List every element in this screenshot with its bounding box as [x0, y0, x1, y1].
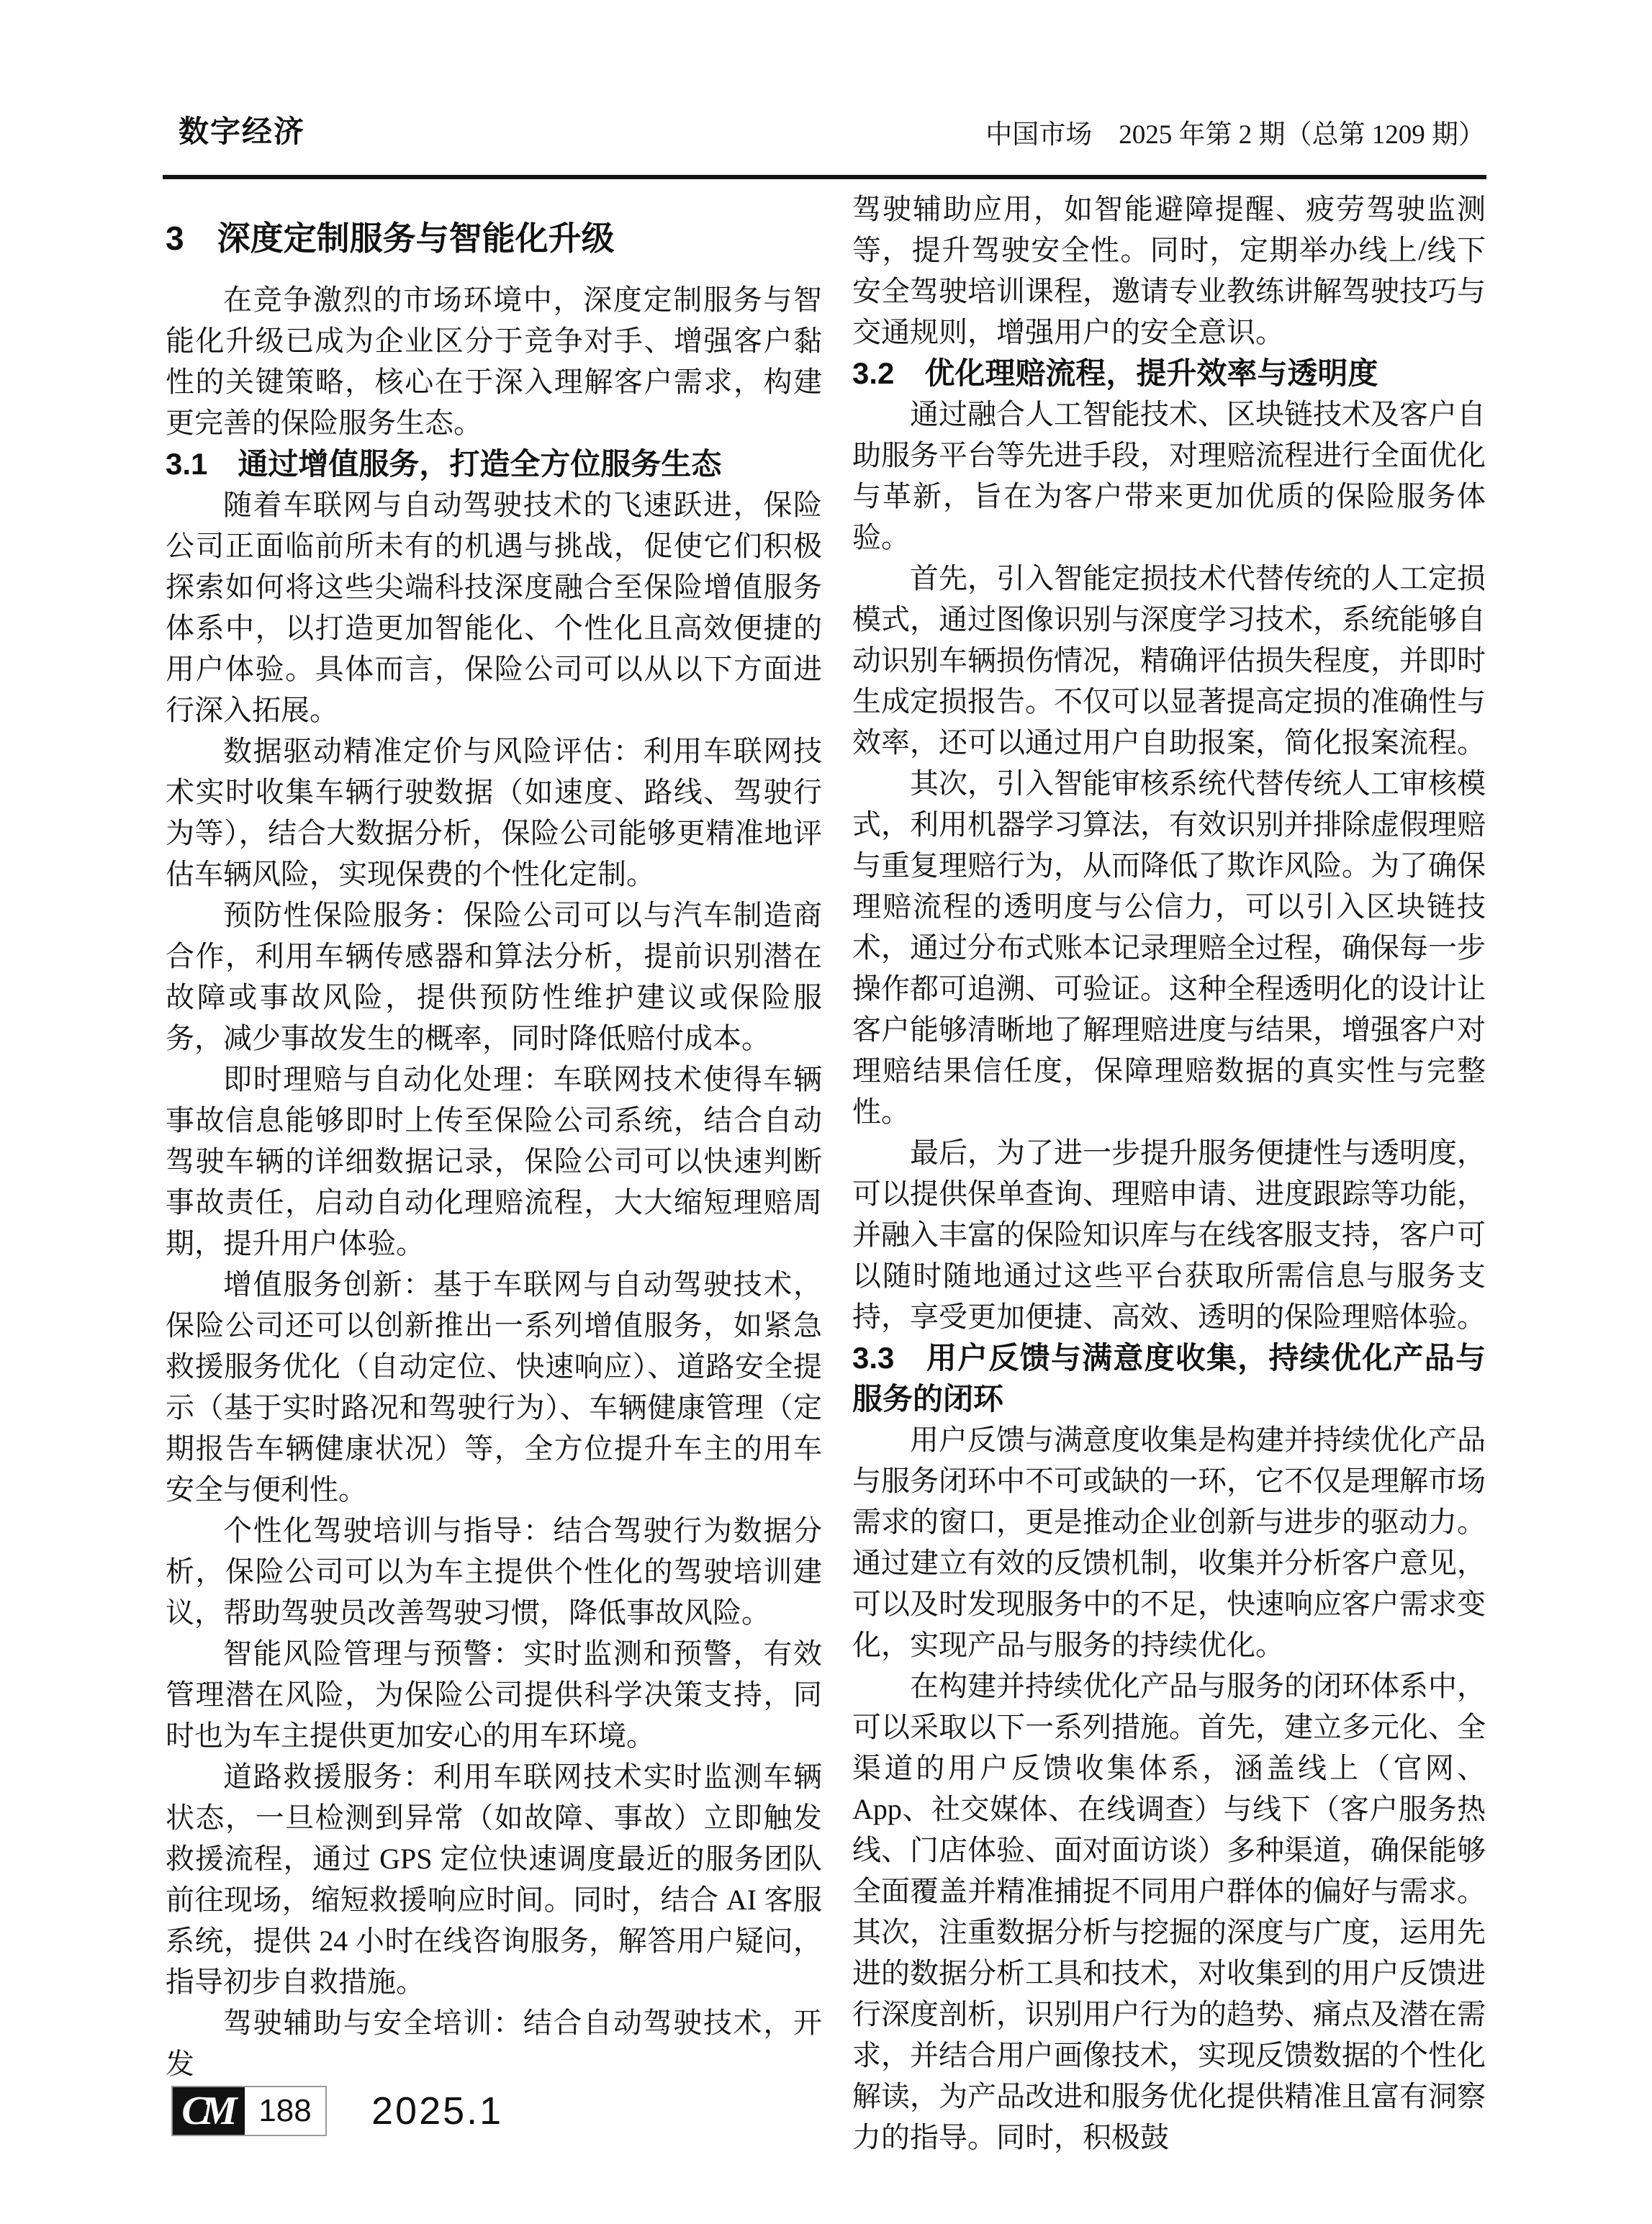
paragraph: 预防性保险服务：保险公司可以与汽车制造商合作，利用车辆传感器和算法分析，提前识别…	[166, 895, 822, 1059]
journal-logo-group: CM 188	[171, 2086, 327, 2136]
page-number: 188	[245, 2087, 325, 2135]
paragraph: 用户反馈与满意度收集是构建并持续优化产品与服务闭环中不可或缺的一环，它不仅是理解…	[852, 1419, 1486, 1665]
article-column-left: 3 深度定制服务与智能化升级 在竞争激烈的市场环境中，深度定制服务与智能化升级已…	[166, 216, 822, 2084]
issue-info: 中国市场 2025 年第 2 期（总第 1209 期）	[985, 112, 1485, 151]
article-column-right: 驾驶辅助应用，如智能避障提醒、疲劳驾驶监测等，提升驾驶安全性。同时，定期举办线上…	[852, 189, 1486, 2158]
paragraph: 在竞争激烈的市场环境中，深度定制服务与智能化升级已成为企业区分于竞争对手、增强客…	[166, 279, 822, 443]
paragraph: 通过融合人工智能技术、区块链技术及客户自助服务平台等先进手段，对理赔流程进行全面…	[852, 394, 1486, 558]
paragraph: 道路救援服务：利用车联网技术实时监测车辆状态，一旦检测到异常（如故障、事故）立即…	[166, 1756, 822, 2002]
paragraph: 个性化驾驶培训与指导：结合驾驶行为数据分析，保险公司可以为车主提供个性化的驾驶培…	[166, 1510, 822, 1633]
paragraph: 即时理赔与自动化处理：车联网技术使得车辆事故信息能够即时上传至保险公司系统，结合…	[166, 1059, 822, 1264]
journal-section-title: 数字经济	[179, 108, 305, 151]
paragraph: 智能风险管理与预警：实时监测和预警，有效管理潜在风险，为保险公司提供科学决策支持…	[166, 1633, 822, 1756]
paragraph: 数据驱动精准定价与风险评估：利用车联网技术实时收集车辆行驶数据（如速度、路线、驾…	[166, 731, 822, 895]
paragraph: 最后，为了进一步提升服务便捷性与透明度，可以提供保单查询、理赔申请、进度跟踪等功…	[852, 1132, 1486, 1337]
paragraph: 其次，引入智能审核系统代替传统人工审核模式，利用机器学习算法，有效识别并排除虚假…	[852, 763, 1486, 1132]
paragraph: 增值服务创新：基于车联网与自动驾驶技术，保险公司还可以创新推出一系列增值服务，如…	[166, 1264, 822, 1510]
paragraph-continuation: 驾驶辅助应用，如智能避障提醒、疲劳驾驶监测等，提升驾驶安全性。同时，定期举办线上…	[852, 189, 1486, 353]
subsection-heading: 3.2 优化理赔流程，提升效率与透明度	[852, 353, 1486, 394]
paragraph: 首先，引入智能定损技术代替传统的人工定损模式，通过图像识别与深度学习技术，系统能…	[852, 558, 1486, 763]
subsection-heading: 3.1 通过增值服务，打造全方位服务生态	[166, 443, 822, 484]
header-rule	[163, 175, 1486, 179]
paragraph: 在构建并持续优化产品与服务的闭环体系中，可以采取以下一系列措施。首先，建立多元化…	[852, 1665, 1486, 2158]
page-footer: CM 188 2025.1	[171, 2086, 503, 2136]
subsection-heading: 3.3 用户反馈与满意度收集，持续优化产品与服务的闭环	[852, 1337, 1486, 1419]
issue-date: 2025.1	[371, 2089, 503, 2133]
journal-logo: CM	[173, 2087, 245, 2135]
section-heading: 3 深度定制服务与智能化升级	[166, 216, 822, 261]
paragraph: 驾驶辅助与安全培训：结合自动驾驶技术，开发	[166, 2002, 822, 2084]
journal-page: 数字经济 中国市场 2025 年第 2 期（总第 1209 期） 3 深度定制服…	[0, 0, 1652, 2224]
paragraph: 随着车联网与自动驾驶技术的飞速跃进，保险公司正面临前所未有的机遇与挑战，促使它们…	[166, 484, 822, 731]
